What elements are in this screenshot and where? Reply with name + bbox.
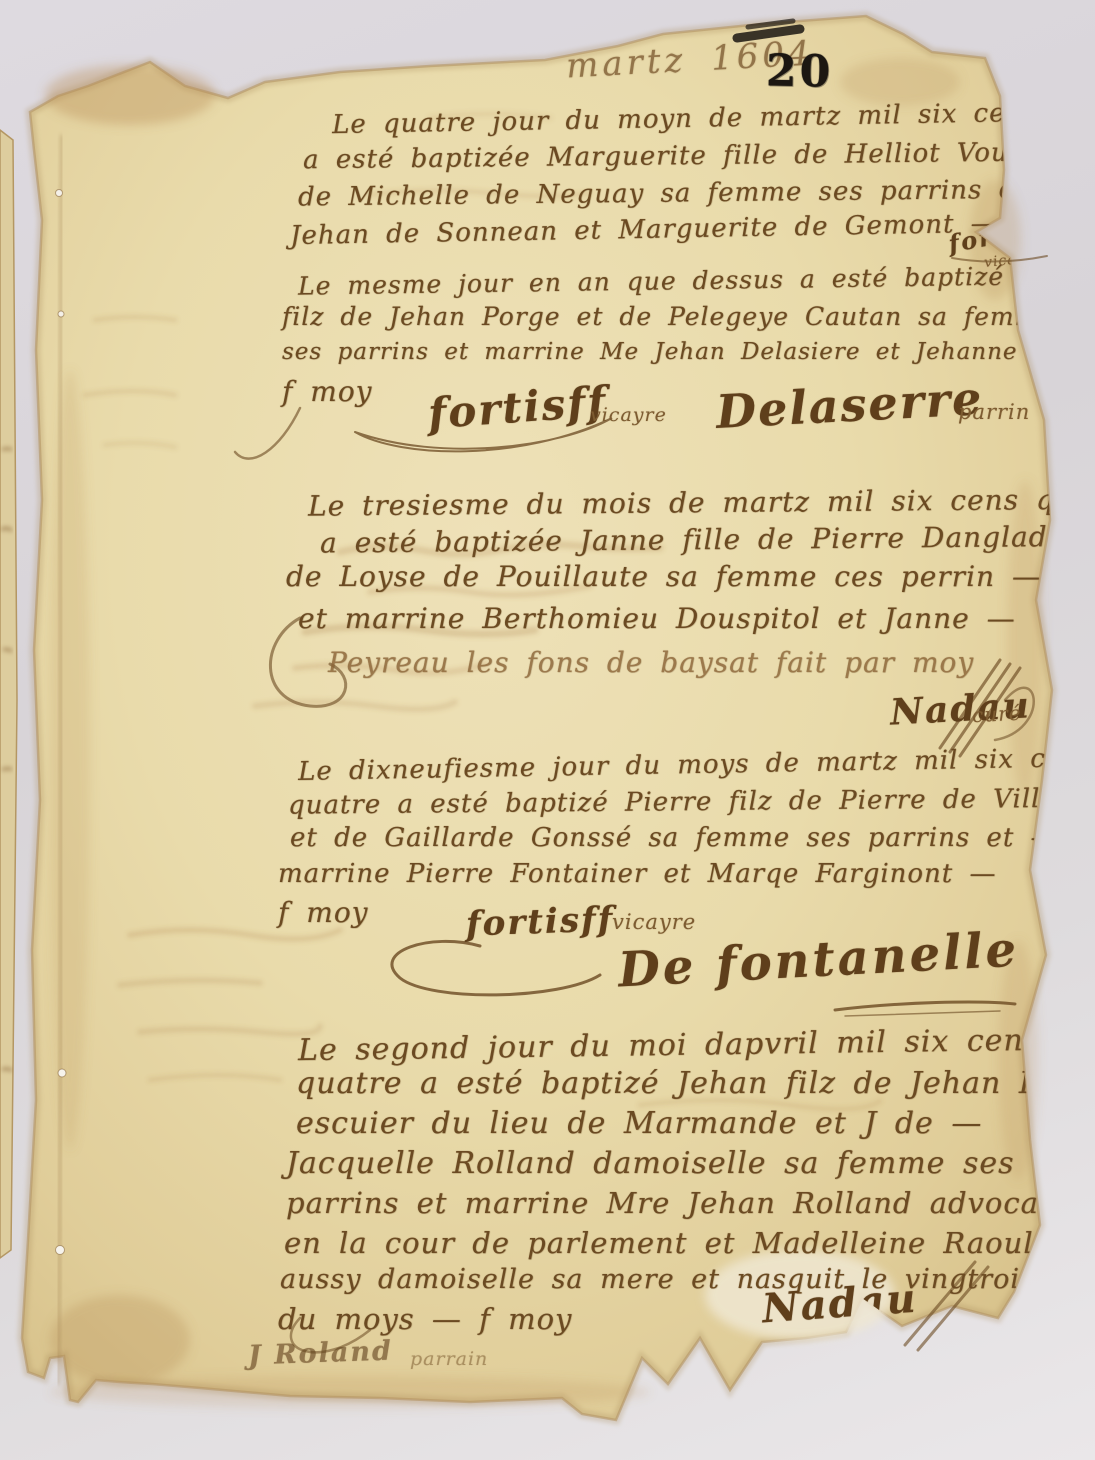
manuscript-line: du moys — f moy bbox=[278, 1302, 572, 1336]
signature-title: vicayre bbox=[590, 404, 667, 426]
manuscript-line: Jacquelle Rolland damoiselle sa femme se… bbox=[286, 1146, 1015, 1181]
manuscript-line: et de Gaillarde Gonssé sa femme ses parr… bbox=[290, 823, 1058, 853]
manuscript-line: ses parrins et marrine Me Jehan Delasier… bbox=[282, 339, 1095, 365]
signature: fortisff bbox=[465, 899, 615, 944]
manuscript-line: et marrine Berthomieu Douspitol et Janne… bbox=[298, 602, 1016, 635]
manuscript-line: filz de Jehan Porge et de Pelegeye Cauta… bbox=[282, 302, 1055, 331]
manuscript-line: marrine Pierre Fontainer et Marqe Fargin… bbox=[278, 859, 997, 889]
manuscript-line: Le tresiesme du mois de martz mil six ce… bbox=[308, 482, 1095, 522]
manuscript-line: Le segond jour du moi dapvril mil six ce… bbox=[298, 1023, 1041, 1068]
manuscript-line: a esté baptizée Janne fille de Pierre Da… bbox=[320, 519, 1095, 559]
manuscript-line: f moy bbox=[282, 375, 373, 408]
manuscript-line: Le quatre jour du moyn de martz mil six … bbox=[332, 96, 1095, 140]
signature-title: curé bbox=[971, 701, 1022, 728]
manuscript-line: Peyreau les fons de baysat fait par moy bbox=[328, 646, 974, 679]
signature-title: vicayre bbox=[612, 910, 696, 934]
manuscript-line: de Michelle de Neguay sa femme ses parri… bbox=[298, 174, 1095, 213]
manuscript-line: en la cour de parlement et Madelleine Ra… bbox=[284, 1226, 1034, 1260]
signature: Delaserre bbox=[715, 371, 985, 439]
underlying-page-edge bbox=[0, 130, 17, 1258]
signature: J Roland bbox=[248, 1335, 394, 1371]
photograph-background: martz 1604 20 Le quatre jour du moyn de … bbox=[0, 0, 1095, 1460]
archive-stamp: 20 bbox=[766, 45, 834, 97]
manuscript-line: escuier du lieu de Marmande et J de — bbox=[296, 1106, 982, 1141]
manuscript-line: de Loyse de Pouillaute sa femme ces perr… bbox=[286, 560, 1041, 593]
manuscript-line: Le mesme jour en an que dessus a esté ba… bbox=[298, 260, 1095, 300]
manuscript-line: f moy bbox=[278, 896, 369, 929]
manuscript-line: Le dixneufiesme jour du moys de martz mi… bbox=[298, 743, 1095, 787]
manuscript-text-layer: martz 1604 20 Le quatre jour du moyn de … bbox=[0, 0, 1095, 1460]
signature: fortisff bbox=[427, 377, 609, 438]
signature-title: parrain bbox=[410, 1348, 488, 1370]
manuscript-line: aussy damoiselle sa mere et nasquit le v… bbox=[280, 1264, 1095, 1295]
manuscript-line: parrins et marrine Mre Jehan Rolland adv… bbox=[286, 1186, 1052, 1220]
manuscript-line: quatre a esté baptizé Jehan filz de Jeha… bbox=[296, 1066, 1095, 1101]
manuscript-line: quatre a esté baptizé Pierre filz de Pie… bbox=[288, 783, 1095, 820]
signature-title: parrin bbox=[958, 400, 1030, 424]
manuscript-line: a esté baptizée Marguerite fille de Hell… bbox=[303, 137, 1095, 175]
